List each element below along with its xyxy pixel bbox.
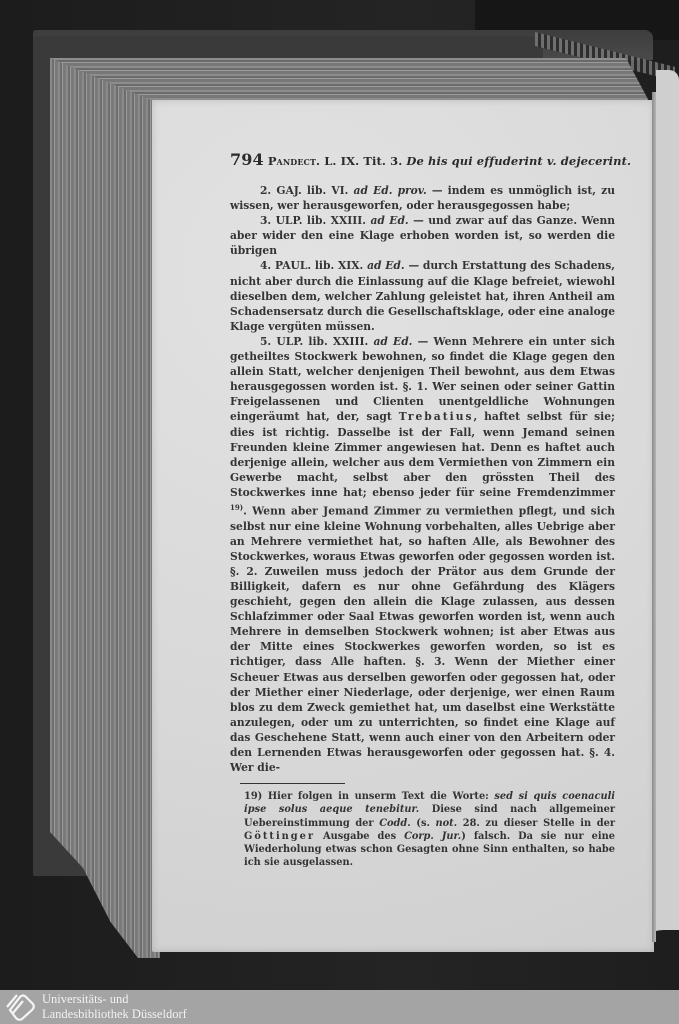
facing-page: [656, 70, 679, 950]
paragraph-3: 3. ULP. lib. XXIII. ad Ed. — und zwar au…: [230, 213, 615, 258]
body-text: 2. GAJ. lib. VI. ad Ed. prov. — indem es…: [230, 183, 615, 775]
citation-italic: ad Ed. prov.: [354, 184, 427, 197]
footnote-number: 19): [244, 791, 262, 802]
running-head-book: L. IX.: [324, 154, 359, 168]
footnote-19: 19) Hier folgen in unserm Text die Worte…: [230, 790, 615, 869]
footnote-text: 28. zu dieser Stelle in der: [457, 818, 615, 829]
footnote-reference[interactable]: 19): [230, 503, 243, 512]
citation: 2. GAJ. lib. VI.: [260, 184, 348, 197]
page-text-block: 794 Pandect. L. IX. Tit. 3. De his qui e…: [230, 150, 615, 869]
paragraph-text: , haftet selbst für sie; dies ist richti…: [230, 410, 615, 498]
library-name-line2: Landesbibliothek Düsseldorf: [42, 1007, 187, 1022]
library-name: Universitäts- und Landesbibliothek Düsse…: [42, 992, 187, 1022]
page-gutter: [652, 92, 656, 942]
footnote-text: Hier folgen in unserm Text die Worte:: [262, 791, 494, 802]
footnote-text: Ausgabe des: [315, 831, 404, 842]
spaced-name: Göttinger: [244, 831, 315, 842]
running-head-work: Pandect.: [268, 154, 320, 168]
citation: 3. ULP. lib. XXIII.: [260, 214, 366, 227]
page-stack-fore-edge: [50, 58, 160, 958]
page-number: 794: [230, 150, 264, 169]
footnote-rule: [240, 783, 345, 784]
footnote-italic: Corp. Jur.: [404, 831, 461, 842]
spaced-name: Trebatius: [399, 410, 474, 423]
running-head: 794 Pandect. L. IX. Tit. 3. De his qui e…: [230, 150, 615, 169]
citation-italic: ad Ed.: [370, 214, 408, 227]
footnote-text: (s.: [411, 818, 436, 829]
citation: 5. ULP. lib. XXIII.: [260, 335, 368, 348]
citation-italic: ad Ed.: [373, 335, 412, 348]
running-head-title-no: Tit. 3.: [363, 154, 402, 168]
footnote-italic: not.: [436, 818, 458, 829]
citation-italic: ad Ed.: [367, 259, 405, 272]
book-logo-icon[interactable]: [4, 993, 36, 1021]
running-head-title: De his qui effuderint v. dejecerint.: [406, 154, 631, 168]
paragraph-5: 5. ULP. lib. XXIII. ad Ed. — Wenn Mehrer…: [230, 334, 615, 775]
citation: 4. PAUL. lib. XIX.: [260, 259, 363, 272]
paragraph-4: 4. PAUL. lib. XIX. ad Ed. — durch Erstat…: [230, 258, 615, 333]
paragraph-text: . Wenn aber Jemand Zimmer zu vermiethen …: [230, 505, 615, 775]
paragraph-2: 2. GAJ. lib. VI. ad Ed. prov. — indem es…: [230, 183, 615, 213]
library-name-line1: Universitäts- und: [42, 992, 187, 1007]
footnote-italic: Codd.: [379, 818, 410, 829]
